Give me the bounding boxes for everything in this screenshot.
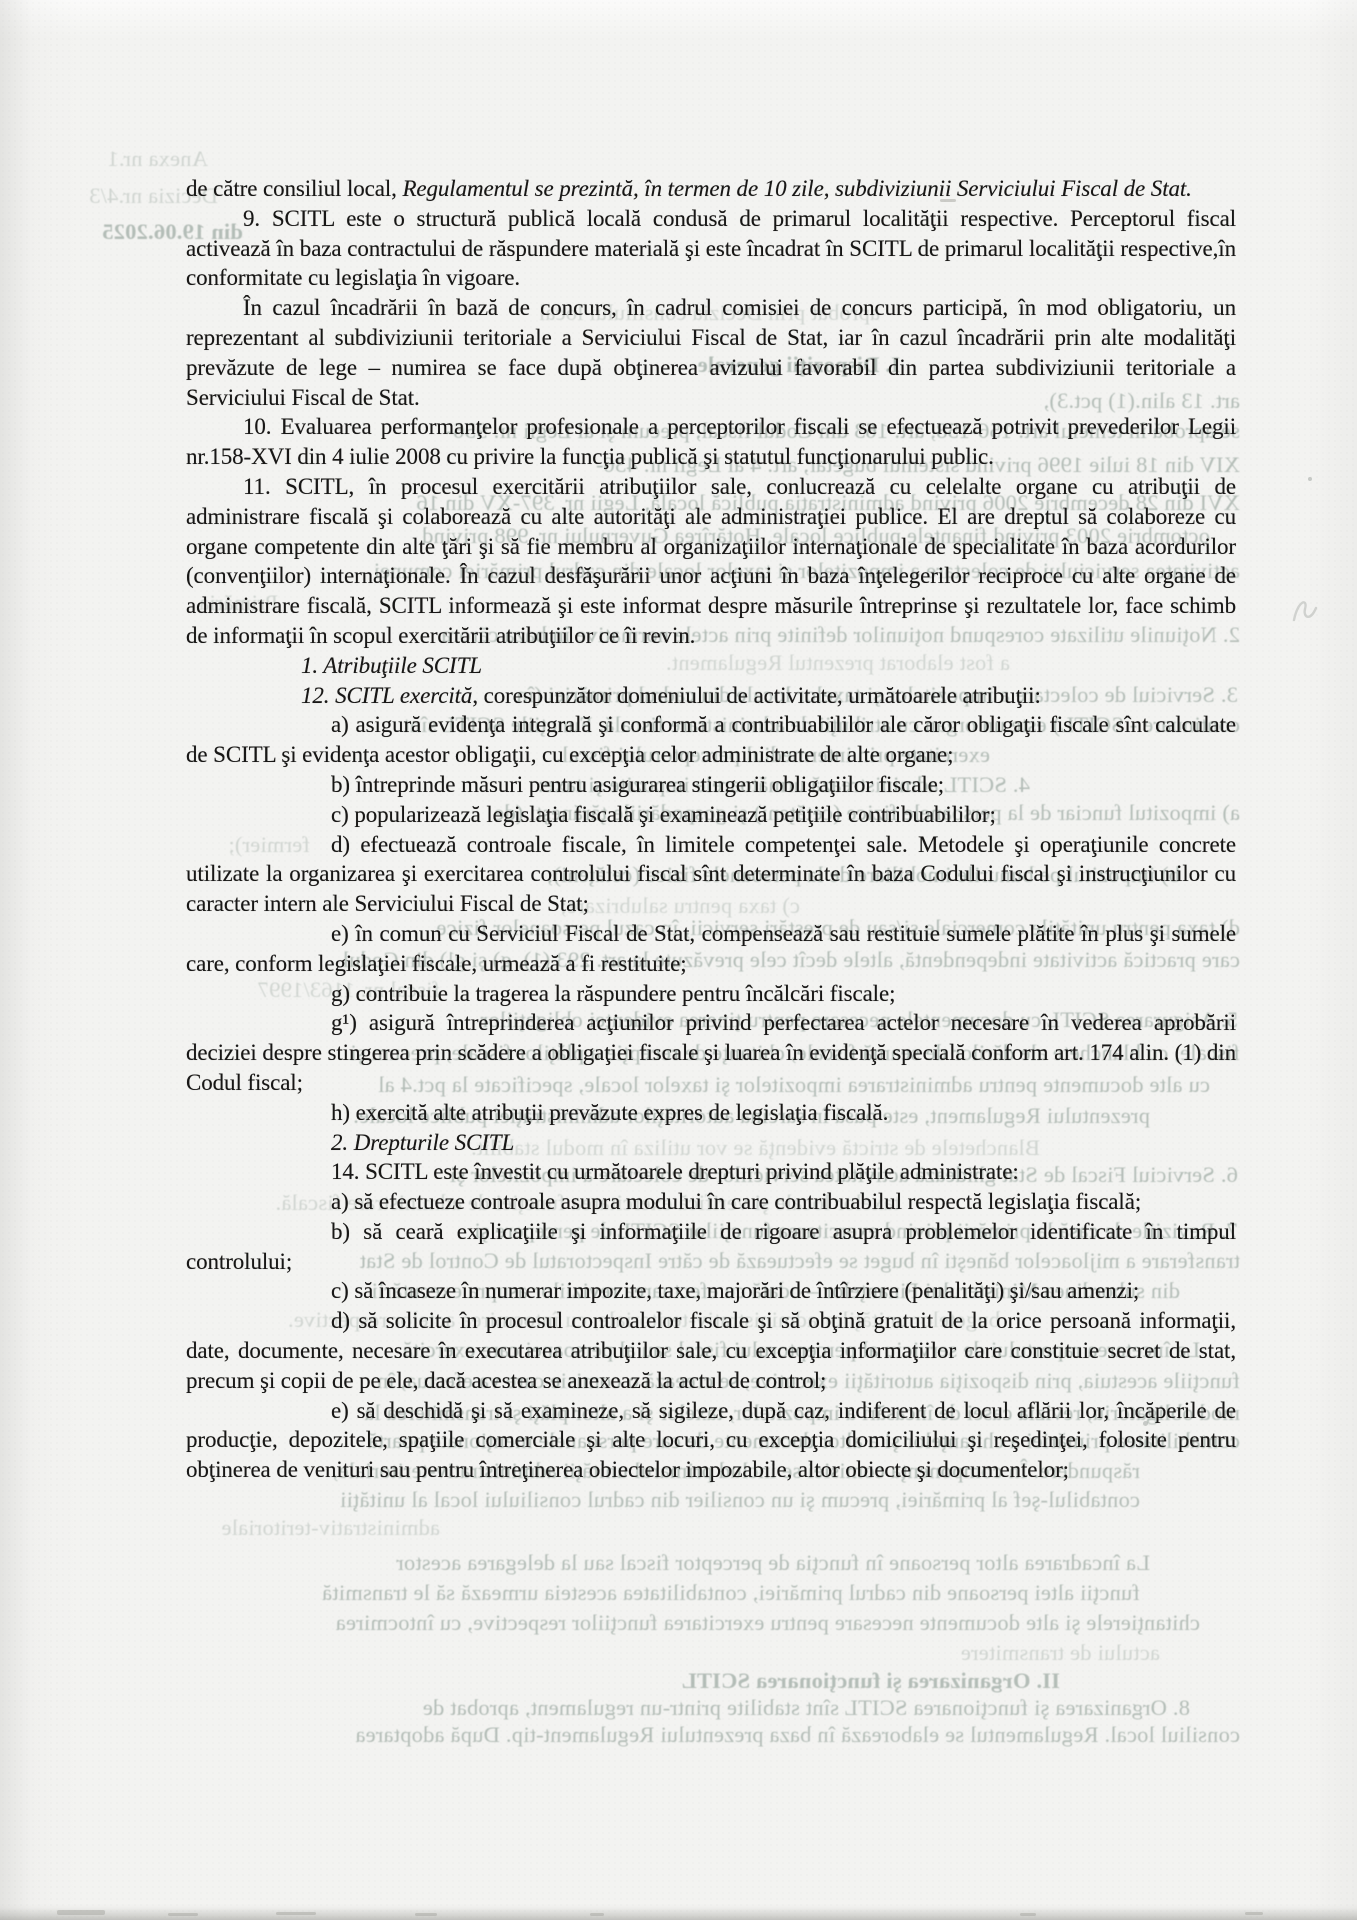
item-text: a) să efectueze controale asupra modului… — [331, 1189, 1141, 1214]
item-12-g: g) contribuie la tragerea la răspundere … — [186, 979, 1236, 1009]
item-text: g) contribuie la tragerea la răspundere … — [331, 981, 895, 1006]
item-14-e: e) să deschidă şi să examineze, să sigil… — [186, 1396, 1236, 1485]
item-12-e: e) în comun cu Serviciul Fiscal de Stat,… — [186, 919, 1236, 979]
bleedthrough-line: 8. Organizarea şi funcţionarea SCITL sîn… — [190, 1695, 1190, 1721]
bleedthrough-line: contabilul-şef al primăriei, precum şi u… — [140, 1487, 1140, 1513]
item-12-h: h) exercită alte atribuţii prevăzute exp… — [186, 1098, 1236, 1128]
item-text: b) întreprinde măsuri pentru asigurarea … — [331, 772, 944, 797]
paragraph-14: 14. SCITL este învestit cu următoarele d… — [186, 1157, 1236, 1187]
bleedthrough-line: chitanţierele şi alte documente necesare… — [140, 1610, 1200, 1636]
item-12-g1: g¹) asigură întreprinderea acţiunilor pr… — [186, 1008, 1236, 1097]
paragraph-text: 11. SCITL, în procesul exercitării atrib… — [186, 474, 1236, 648]
item-text: h) exercită alte atribuţii prevăzute exp… — [331, 1100, 888, 1125]
paragraph-text: 10. Evaluarea performanţelor profesional… — [186, 414, 1236, 469]
paragraph-12: 12. SCITL exercită, corespunzător domeni… — [186, 681, 1236, 711]
bleedthrough-line: administrativ-teritoriale — [140, 1515, 440, 1541]
bleedthrough-line: Anexa nr.1 — [78, 146, 208, 172]
heading-text: 1. Atribuţiile SCITL — [301, 653, 482, 678]
paragraph-text: , corespunzător domeniului de activitate… — [472, 683, 1040, 708]
heading-atributiile-scitl: 1. Atribuţiile SCITL — [186, 651, 1236, 681]
item-12-b: b) întreprinde măsuri pentru asigurarea … — [186, 770, 1236, 800]
heading-text: 2. Drepturile SCITL — [331, 1130, 514, 1155]
item-14-c: c) să încaseze în numerar impozite, taxe… — [186, 1276, 1236, 1306]
item-text: e) să deschidă şi să examineze, să sigil… — [186, 1398, 1236, 1483]
item-12-a: a) asigură evidenţa integrală şi conform… — [186, 710, 1236, 770]
paragraph-text: În cazul încadrării în bază de concurs, … — [186, 295, 1236, 409]
paragraph-text: 9. SCITL este o structură publică locală… — [186, 206, 1236, 291]
bleedthrough-line: II. Organizarea şi funcţionarea SCITL — [560, 1668, 1060, 1694]
paragraph-continuation: de către consiliul local, Regulamentul s… — [186, 174, 1236, 204]
paragraph-text: 14. SCITL este învestit cu următoarele d… — [331, 1159, 1019, 1184]
bleedthrough-line: consiliul local. Regulamentul se elabore… — [140, 1722, 1240, 1748]
paragraph-text-italic: 12. SCITL exercită — [301, 683, 472, 708]
heading-drepturile-scitl: 2. Drepturile SCITL — [186, 1128, 1236, 1158]
item-text: g¹) asigură întreprinderea acţiunilor pr… — [186, 1010, 1236, 1095]
item-text: d) efectuează controale fiscale, în limi… — [186, 832, 1236, 917]
item-text: a) asigură evidenţa integrală şi conform… — [186, 712, 1236, 767]
scanner-edge — [0, 1908, 1357, 1920]
item-text: d) să solicite în procesul controalelor … — [186, 1308, 1236, 1393]
item-text: b) să ceară explicaţiile şi informaţiile… — [186, 1219, 1236, 1274]
item-14-b: b) să ceară explicaţiile şi informaţiile… — [186, 1217, 1236, 1277]
scanned-page: Anexa nr.1Decizia nr.4/3din 19.06.2025ap… — [0, 0, 1357, 1920]
bleedthrough-line: La încadrarea altor persoane în funcţia … — [190, 1550, 1150, 1576]
item-14-d: d) să solicite în procesul controalelor … — [186, 1306, 1236, 1395]
paragraph-10: 10. Evaluarea performanţelor profesional… — [186, 412, 1236, 472]
paragraph-11: 11. SCITL, în procesul exercitării atrib… — [186, 472, 1236, 651]
bleedthrough-line: actului de transmitere — [880, 1640, 1160, 1666]
item-text: c) să încaseze în numerar impozite, taxe… — [331, 1278, 1139, 1303]
pen-mark — [1288, 594, 1322, 630]
paragraph-9: 9. SCITL este o structură publică locală… — [186, 204, 1236, 293]
paragraph-text-italic: Regulamentul se prezintă, în termen de 1… — [402, 176, 1191, 201]
item-12-d: d) efectuează controale fiscale, în limi… — [186, 830, 1236, 919]
paragraph-text: de către consiliul local, — [186, 176, 402, 201]
document-text: de către consiliul local, Regulamentul s… — [186, 174, 1236, 1485]
bleedthrough-line: funcţii altei persoane din cadrul primăr… — [140, 1580, 1140, 1606]
item-14-a: a) să efectueze controale asupra modului… — [186, 1187, 1236, 1217]
item-text: e) în comun cu Serviciul Fiscal de Stat,… — [186, 921, 1236, 976]
paragraph-incadrare-concurs: În cazul încadrării în bază de concurs, … — [186, 293, 1236, 412]
item-12-c: c) popularizează legislaţia fiscală şi e… — [186, 800, 1236, 830]
item-text: c) popularizează legislaţia fiscală şi e… — [331, 802, 996, 827]
